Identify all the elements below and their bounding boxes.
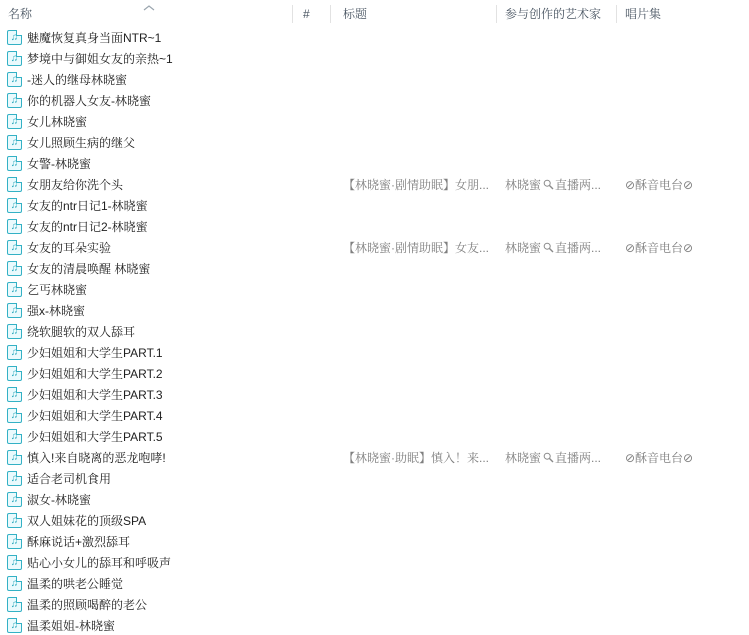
track-number-cell [293,90,331,111]
title-cell [331,552,497,573]
album-cell: ⊘酥音电台⊘ [617,174,749,195]
file-row[interactable]: ♫ 温柔姐姐-林晓蜜 [0,615,749,635]
track-number-cell [293,237,331,258]
artist-name: 林晓蜜 [505,239,541,256]
audio-file-icon: ♫ [7,51,22,66]
track-number-cell [293,132,331,153]
album-cell: ⊘酥音电台⊘ [617,447,749,468]
file-row[interactable]: ♫ 女友的清晨唤醒 林晓蜜 [0,258,749,279]
file-row[interactable]: ♫ 魅魔恢复真身当面NTR~1 [0,27,749,48]
file-name: 梦境中与御姐女友的亲热~1 [27,50,173,67]
file-row[interactable]: ♫ 你的机器人女友-林晓蜜 [0,90,749,111]
album-cell [617,132,749,153]
column-header-artists[interactable]: 参与创作的艺术家 [497,5,617,23]
file-name: -迷人的继母林晓蜜 [27,71,127,88]
title-cell [331,510,497,531]
album-cell [617,216,749,237]
artists-cell [497,552,617,573]
file-name: 少妇姐姐和大学生PART.4 [27,407,163,424]
file-row[interactable]: ♫ 适合老司机食用 [0,468,749,489]
sort-ascending-chevron-icon [142,1,156,9]
column-header-album[interactable]: 唱片集 [617,5,749,23]
artists-cell [497,258,617,279]
column-header-number[interactable]: # [293,5,331,23]
title-cell: 【林晓蜜·助眠】慎入！来... [331,447,497,468]
file-row[interactable]: ♫ 女朋友给你洗个头 【林晓蜜·剧情助眠】女朋... 林晓蜜 直播两... ⊘酥… [0,174,749,195]
album-cell: ⊘酥音电台⊘ [617,237,749,258]
file-row[interactable]: ♫ 少妇姐姐和大学生PART.3 [0,384,749,405]
file-row[interactable]: ♫ 贴心小女儿的舔耳和呼吸声 [0,552,749,573]
artists-cell: 林晓蜜 直播两... [497,174,617,195]
title-cell [331,573,497,594]
artists-cell [497,132,617,153]
file-row[interactable]: ♫ 女友的ntr日记2-林晓蜜 [0,216,749,237]
track-number-cell [293,552,331,573]
title-cell [331,195,497,216]
title-cell [331,258,497,279]
file-name: 女友的清晨唤醒 林晓蜜 [27,260,150,277]
file-name: 淑女-林晓蜜 [27,491,91,508]
title-cell: 【林晓蜜·剧情助眠】女友... [331,237,497,258]
album-cell [617,321,749,342]
file-row[interactable]: ♫ 少妇姐姐和大学生PART.1 [0,342,749,363]
magnifier-icon [543,452,554,463]
track-number-cell [293,321,331,342]
audio-file-icon: ♫ [7,135,22,150]
track-number-cell [293,27,331,48]
artists-cell [497,510,617,531]
audio-file-icon: ♫ [7,240,22,255]
track-number-cell [293,531,331,552]
track-number-cell [293,468,331,489]
album-cell [617,279,749,300]
file-row[interactable]: ♫ 淑女-林晓蜜 [0,489,749,510]
file-name: 少妇姐姐和大学生PART.1 [27,344,163,361]
file-row[interactable]: ♫ 温柔的照顾喝醉的老公 [0,594,749,615]
artist-name: 林晓蜜 [505,449,541,466]
audio-file-icon: ♫ [7,177,22,192]
audio-file-icon: ♫ [7,387,22,402]
artist-name: 林晓蜜 [505,176,541,193]
artists-cell [497,363,617,384]
track-number-cell [293,363,331,384]
audio-file-icon: ♫ [7,471,22,486]
file-row[interactable]: ♫ 女友的ntr日记1-林晓蜜 [0,195,749,216]
track-number-cell [293,384,331,405]
album-cell [617,510,749,531]
audio-file-icon: ♫ [7,261,22,276]
file-row[interactable]: ♫ 温柔的哄老公睡觉 [0,573,749,594]
file-row[interactable]: ♫ 梦境中与御姐女友的亲热~1 [0,48,749,69]
artists-cell [497,90,617,111]
file-row[interactable]: ♫ 少妇姐姐和大学生PART.4 [0,405,749,426]
file-row[interactable]: ♫ 少妇姐姐和大学生PART.5 [0,426,749,447]
album-cell [617,69,749,90]
file-row[interactable]: ♫ 女儿林晓蜜 [0,111,749,132]
artists-cell [497,48,617,69]
file-name: 少妇姐姐和大学生PART.5 [27,428,163,445]
album-cell [617,111,749,132]
file-name: 贴心小女儿的舔耳和呼吸声 [27,554,171,571]
album-cell [617,573,749,594]
file-row[interactable]: ♫ 强x-林晓蜜 [0,300,749,321]
album-cell [617,90,749,111]
artists-cell [497,405,617,426]
title-cell [331,153,497,174]
audio-file-icon: ♫ [7,303,22,318]
title-cell [331,69,497,90]
track-number-cell [293,195,331,216]
file-name: 女友的ntr日记1-林晓蜜 [27,197,148,214]
track-number-cell [293,216,331,237]
file-row[interactable]: ♫ 绕软腿软的双人舔耳 [0,321,749,342]
album-cell [617,48,749,69]
file-name: 女儿照顾生病的继父 [27,134,135,151]
artists-cell [497,489,617,510]
audio-file-icon: ♫ [7,72,22,87]
file-name: 女朋友给你洗个头 [27,176,123,193]
audio-file-icon: ♫ [7,429,22,444]
audio-file-icon: ♫ [7,93,22,108]
artists-cell [497,195,617,216]
list-column-header: 名称 # 标题 参与创作的艺术家 唱片集 [0,0,749,27]
title-cell [331,342,497,363]
artists-cell [497,279,617,300]
audio-file-icon: ♫ [7,366,22,381]
column-header-title[interactable]: 标题 [331,5,497,23]
audio-file-icon: ♫ [7,198,22,213]
artist-extra: 直播两... [555,176,601,193]
title-cell [331,531,497,552]
artists-cell [497,69,617,90]
track-number-cell [293,510,331,531]
file-row[interactable]: ♫ 乞丐林晓蜜 [0,279,749,300]
title-cell [331,132,497,153]
audio-file-icon: ♫ [7,555,22,570]
file-name: 女儿林晓蜜 [27,113,87,130]
artists-cell [497,321,617,342]
track-number-cell [293,615,331,635]
title-cell [331,90,497,111]
title-cell [331,27,497,48]
file-row[interactable]: ♫ 女警-林晓蜜 [0,153,749,174]
track-number-cell [293,48,331,69]
title-cell [331,279,497,300]
audio-file-icon: ♫ [7,450,22,465]
album-cell [617,153,749,174]
file-name: 慎入!来自晓离的恶龙咆哮! [27,449,166,466]
magnifier-icon [543,179,554,190]
artist-extra: 直播两... [555,449,601,466]
title-cell [331,594,497,615]
file-name: 双人姐妹花的顶级SPA [27,512,146,529]
album-cell [617,300,749,321]
audio-file-icon: ♫ [7,576,22,591]
artists-cell [497,342,617,363]
title-cell [331,300,497,321]
file-name: 强x-林晓蜜 [27,302,85,319]
artists-cell [497,153,617,174]
audio-file-icon: ♫ [7,345,22,360]
album-cell [617,405,749,426]
audio-file-icon: ♫ [7,156,22,171]
audio-file-icon: ♫ [7,534,22,549]
track-number-cell [293,69,331,90]
artists-cell: 林晓蜜 直播两... [497,447,617,468]
artists-cell [497,216,617,237]
artists-cell [497,300,617,321]
audio-file-icon: ♫ [7,324,22,339]
track-number-cell [293,594,331,615]
title-cell [331,216,497,237]
artist-extra: 直播两... [555,239,601,256]
audio-file-icon: ♫ [7,30,22,45]
artists-cell [497,468,617,489]
file-name: 适合老司机食用 [27,470,111,487]
file-row[interactable]: ♫ 女儿照顾生病的继父 [0,132,749,153]
audio-file-icon: ♫ [7,282,22,297]
track-number-cell [293,447,331,468]
track-number-cell [293,111,331,132]
file-row[interactable]: ♫ 少妇姐姐和大学生PART.2 [0,363,749,384]
artists-cell: 林晓蜜 直播两... [497,237,617,258]
track-number-cell [293,342,331,363]
album-cell [617,615,749,635]
file-name: 你的机器人女友-林晓蜜 [27,92,151,109]
album-cell [617,258,749,279]
file-row[interactable]: ♫ -迷人的继母林晓蜜 [0,69,749,90]
track-number-cell [293,573,331,594]
track-number-cell [293,153,331,174]
title-cell [331,111,497,132]
artists-cell [497,426,617,447]
file-name: 酥麻说话+激烈舔耳 [27,533,130,550]
file-name: 女警-林晓蜜 [27,155,91,172]
album-cell [617,426,749,447]
file-row[interactable]: ♫ 女友的耳朵实验 【林晓蜜·剧情助眠】女友... 林晓蜜 直播两... ⊘酥音… [0,237,749,258]
album-cell [617,552,749,573]
track-number-cell [293,489,331,510]
audio-file-icon: ♫ [7,408,22,423]
album-cell [617,531,749,552]
file-row[interactable]: ♫ 双人姐妹花的顶级SPA [0,510,749,531]
file-name: 少妇姐姐和大学生PART.2 [27,365,163,382]
file-name: 温柔姐姐-林晓蜜 [27,617,115,634]
title-cell: 【林晓蜜·剧情助眠】女朋... [331,174,497,195]
audio-file-icon: ♫ [7,618,22,633]
artists-cell [497,615,617,635]
title-cell [331,321,497,342]
file-name: 魅魔恢复真身当面NTR~1 [27,29,161,46]
audio-file-icon: ♫ [7,597,22,612]
audio-file-icon: ♫ [7,492,22,507]
audio-file-icon: ♫ [7,513,22,528]
file-name: 女友的ntr日记2-林晓蜜 [27,218,148,235]
file-list: ♫ 魅魔恢复真身当面NTR~1 ♫ 梦境中与御姐女友的亲热~1 [0,27,749,635]
album-cell [617,363,749,384]
track-number-cell [293,405,331,426]
title-cell [331,615,497,635]
audio-file-icon: ♫ [7,219,22,234]
artists-cell [497,27,617,48]
track-number-cell [293,279,331,300]
title-cell [331,468,497,489]
album-cell [617,384,749,405]
album-cell [617,195,749,216]
album-cell [617,468,749,489]
artists-cell [497,111,617,132]
artists-cell [497,594,617,615]
album-cell [617,489,749,510]
file-row[interactable]: ♫ 酥麻说话+激烈舔耳 [0,531,749,552]
title-cell [331,384,497,405]
artists-cell [497,384,617,405]
track-number-cell [293,174,331,195]
artists-cell [497,573,617,594]
title-cell [331,48,497,69]
file-name: 乞丐林晓蜜 [27,281,87,298]
album-cell [617,27,749,48]
file-row[interactable]: ♫ 慎入!来自晓离的恶龙咆哮! 【林晓蜜·助眠】慎入！来... 林晓蜜 直播两.… [0,447,749,468]
title-cell [331,426,497,447]
title-cell [331,363,497,384]
track-number-cell [293,258,331,279]
title-cell [331,489,497,510]
title-cell [331,405,497,426]
album-cell [617,594,749,615]
file-name: 温柔的哄老公睡觉 [27,575,123,592]
file-name: 女友的耳朵实验 [27,239,111,256]
audio-file-icon: ♫ [7,114,22,129]
file-name: 绕软腿软的双人舔耳 [27,323,135,340]
album-cell [617,342,749,363]
file-name: 温柔的照顾喝醉的老公 [27,596,147,613]
track-number-cell [293,426,331,447]
artists-cell [497,531,617,552]
file-name: 少妇姐姐和大学生PART.3 [27,386,163,403]
magnifier-icon [543,242,554,253]
track-number-cell [293,300,331,321]
